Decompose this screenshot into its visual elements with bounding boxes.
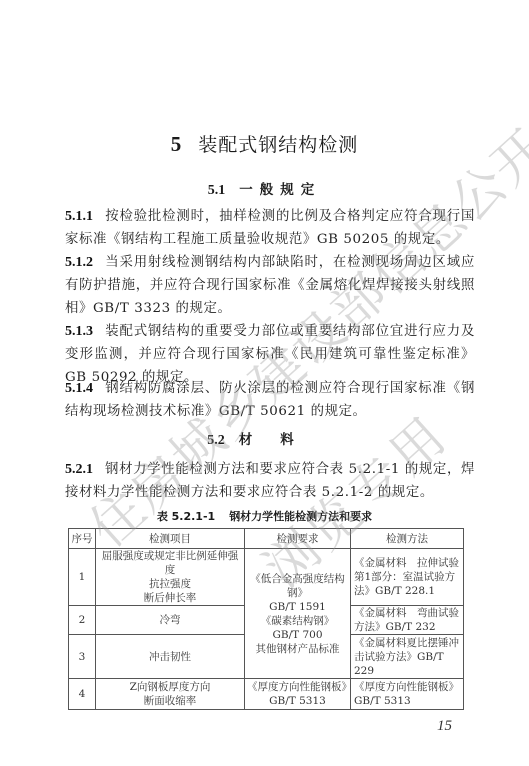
clause-5-1-1: 5.1.1按检验批检测时，抽样检测的比例及合格判定应符合现行国家标准《钢结构工程… <box>65 205 475 251</box>
section-number: 5.2 <box>207 433 225 448</box>
clause-text: 装配式钢结构的重要受力部位或重要结构部位宜进行应力及变形监测，并应符合现行国家标… <box>65 324 475 385</box>
cell-method: 《金属材料 拉伸试验 第1部分：室温试验方法》GB/T 228.1 <box>351 549 464 606</box>
section-heading-5-2: 5.2材料 <box>0 428 529 449</box>
header-requirement: 检测要求 <box>245 529 351 549</box>
item-line: Z向钢板厚度方向 <box>98 680 242 694</box>
table-row: 4 Z向钢板厚度方向 断面收缩率 《厚度方向性能钢板》 GB/T 5313 《厚… <box>69 679 464 710</box>
item-line: 断面收缩率 <box>98 694 242 708</box>
requirement-line: 《低合金高强度结构钢》 <box>247 572 348 600</box>
table-row: 1 屈服强度或规定非比例延伸强度 抗拉强度 断后伸长率 《低合金高强度结构钢》 … <box>69 549 464 606</box>
requirement-line: GB/T 1591 <box>247 600 348 614</box>
table-header-row: 序号 检测项目 检测要求 检测方法 <box>69 529 464 549</box>
requirement-line: 《碳素结构钢》 <box>247 614 348 628</box>
header-method: 检测方法 <box>351 529 464 549</box>
section-heading-5-1: 5.1一般规定 <box>0 178 529 199</box>
cell-index: 1 <box>69 549 96 606</box>
clause-text: 当采用射线检测钢结构内部缺陷时，在检测现场周边区域应有防护措施，并应符合现行国家… <box>65 255 475 316</box>
cell-requirement: 《厚度方向性能钢板》 GB/T 5313 <box>245 679 351 710</box>
cell-index: 4 <box>69 679 96 710</box>
document-page: 5装配式钢结构检测 5.1一般规定 5.1.1按检验批检测时，抽样检测的比例及合… <box>0 0 529 766</box>
clause-5-1-2: 5.1.2当采用射线检测钢结构内部缺陷时，在检测现场周边区域应有防护措施，并应符… <box>65 251 475 320</box>
table-caption: 表 5.2.1-1钢材力学性能检测方法和要求 <box>0 508 529 524</box>
steel-mechanical-test-table: 序号 检测项目 检测要求 检测方法 1 屈服强度或规定非比例延伸强度 抗拉强度 … <box>68 528 464 710</box>
clause-number: 5.1.4 <box>65 381 93 396</box>
cell-item: 冲击韧性 <box>96 635 245 679</box>
section-name: 材料 <box>239 432 322 448</box>
requirement-line: 其他钢材产品标准 <box>247 642 348 656</box>
page-number: 15 <box>437 718 452 735</box>
cell-index: 2 <box>69 606 96 635</box>
requirement-line: GB/T 5313 <box>247 694 348 708</box>
clause-number: 5.1.2 <box>65 255 93 270</box>
cell-method: 《厚度方向性能钢板》GB/T 5313 <box>351 679 464 710</box>
cell-item: 屈服强度或规定非比例延伸强度 抗拉强度 断后伸长率 <box>96 549 245 606</box>
header-item: 检测项目 <box>96 529 245 549</box>
table-title: 钢材力学性能检测方法和要求 <box>229 510 372 523</box>
clause-number: 5.1.3 <box>65 324 93 339</box>
clause-number: 5.1.1 <box>65 209 93 224</box>
section-number: 5.1 <box>208 183 226 198</box>
clause-5-1-4: 5.1.4钢结构防腐涂层、防火涂层的检测应符合现行国家标准《钢结构现场检测技术标… <box>65 377 475 423</box>
cell-index: 3 <box>69 635 96 679</box>
requirement-line: GB/T 700 <box>247 628 348 642</box>
cell-method: 《金属材料夏比摆锤冲击试验方法》GB/T 229 <box>351 635 464 679</box>
cell-requirement-shared: 《低合金高强度结构钢》 GB/T 1591 《碳素结构钢》 GB/T 700 其… <box>245 549 351 679</box>
clause-5-2-1: 5.2.1钢材力学性能检测方法和要求应符合表 5.2.1-1 的规定，焊接材料力… <box>65 458 475 504</box>
clause-number: 5.2.1 <box>65 462 93 477</box>
clause-text: 钢结构防腐涂层、防火涂层的检测应符合现行国家标准《钢结构现场检测技术标准》GB/… <box>65 381 475 419</box>
section-name: 一般规定 <box>239 182 321 198</box>
requirement-line: 《厚度方向性能钢板》 <box>247 680 348 694</box>
header-index: 序号 <box>69 529 96 549</box>
cell-item: Z向钢板厚度方向 断面收缩率 <box>96 679 245 710</box>
chapter-title: 5装配式钢结构检测 <box>0 130 529 157</box>
cell-method: 《金属材料 弯曲试验方法》GB/T 232 <box>351 606 464 635</box>
chapter-number: 5 <box>171 132 183 156</box>
table-number: 表 5.2.1-1 <box>157 510 215 523</box>
clause-text: 钢材力学性能检测方法和要求应符合表 5.2.1-1 的规定，焊接材料力学性能检测… <box>65 462 475 500</box>
clause-text: 按检验批检测时，抽样检测的比例及合格判定应符合现行国家标准《钢结构工程施工质量验… <box>65 209 475 247</box>
item-line: 屈服强度或规定非比例延伸强度 <box>98 549 242 577</box>
item-line: 抗拉强度 <box>98 577 242 591</box>
chapter-name: 装配式钢结构检测 <box>198 134 358 156</box>
item-line: 断后伸长率 <box>98 591 242 605</box>
cell-item: 冷弯 <box>96 606 245 635</box>
